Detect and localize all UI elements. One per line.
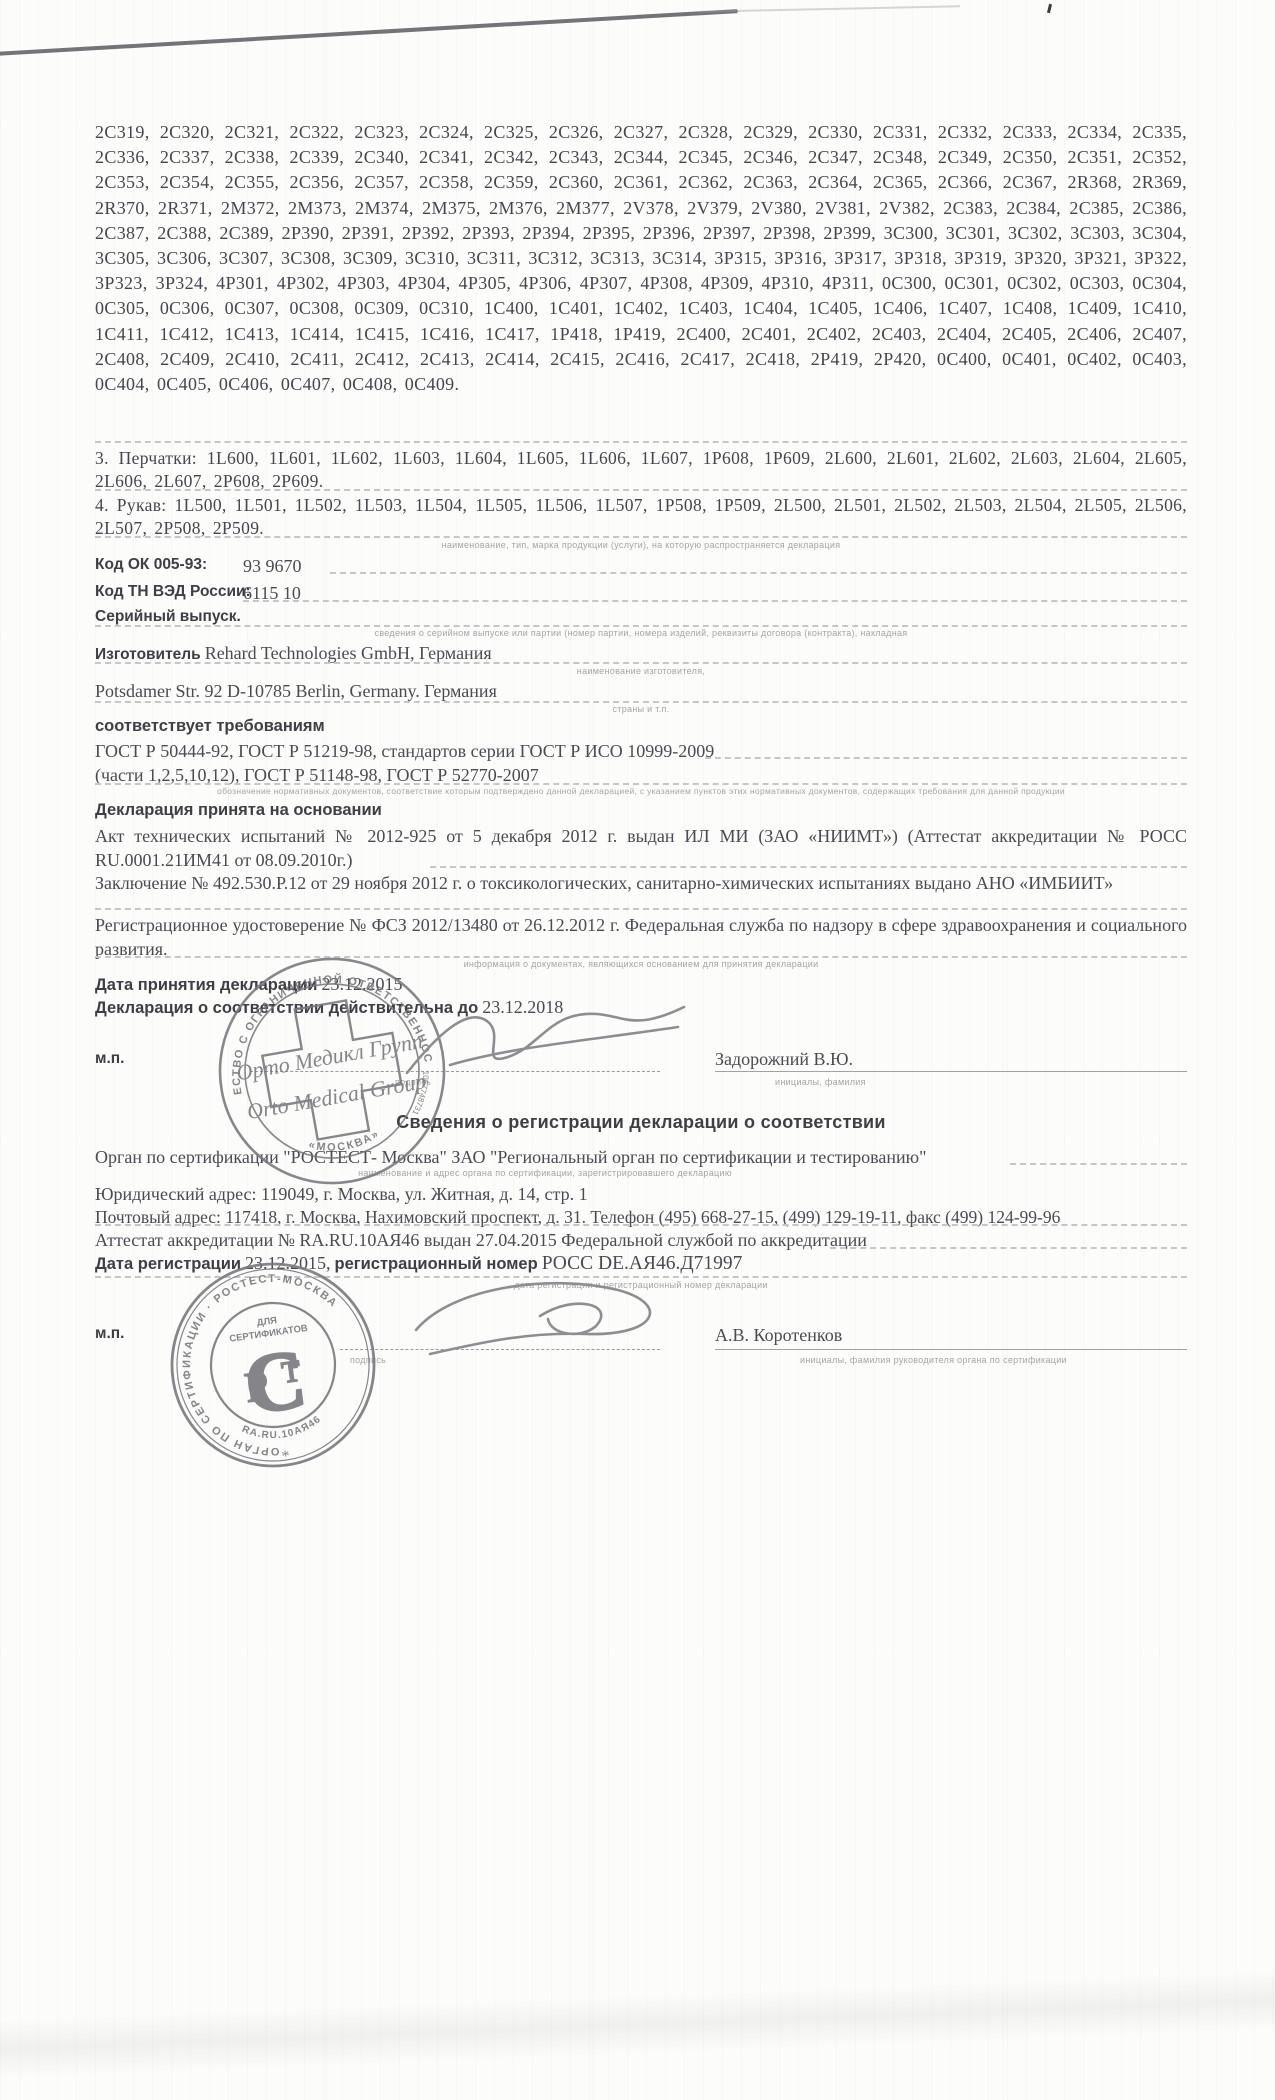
scanned-declaration-page: 2C319, 2C320, 2C321, 2C322, 2C323, 2C324…	[0, 0, 1275, 2100]
field-label-ok: Код ОК 005-93:	[95, 556, 207, 574]
certification-body-line: Орган по сертификации "РОСТЕСТ- Москва" …	[95, 1146, 926, 1170]
scan-tick-mark	[1047, 4, 1052, 13]
serial-issue-label: Серийный выпуск.	[95, 608, 241, 626]
mp-seal-label-1: м.п.	[95, 1050, 124, 1068]
standards-line1: ГОСТ Р 50444-92, ГОСТ Р 51219-98, станда…	[95, 740, 714, 764]
sleeves-list: 4. Рукав: 1L500, 1L501, 1L502, 1L503, 1L…	[95, 494, 1187, 540]
manufacturer-value: Rehard Technologies GmbH, Германия	[205, 643, 492, 663]
registration-number-value: РОСС DE.АЯ46.Д71997	[542, 1253, 743, 1274]
ruling-line	[330, 572, 1187, 574]
ruling-line	[830, 1247, 1187, 1249]
basis-item-3: Регистрационное удостоверение № ФСЗ 2012…	[95, 913, 1187, 961]
signer2-name: А.В. Коротенков	[715, 1324, 842, 1348]
signer2-line	[715, 1349, 1187, 1350]
caption-serial: сведения о серийном выпуске или партии (…	[95, 628, 1187, 638]
field-label-tnved: Код ТН ВЭД России:	[95, 583, 251, 601]
ruling-line	[95, 908, 1187, 910]
conforms-heading: соответствует требованиям	[95, 717, 325, 736]
basis-item-2: Заключение № 492.530.Р.12 от 29 ноября 2…	[95, 871, 1187, 895]
gloves-list: 3. Перчатки: 1L600, 1L601, 1L602, 1L603,…	[95, 447, 1187, 493]
ruling-line	[95, 701, 1187, 703]
manufacturer-address: Potsdamer Str. 92 D-10785 Berlin, German…	[95, 680, 497, 704]
ruling-line	[95, 489, 1187, 491]
signature-2	[398, 1272, 708, 1372]
scan-bottom-shadow	[0, 1970, 1275, 2081]
stamp2-star: *	[281, 1448, 291, 1466]
caption-manufacturer: наименование изготовителя,	[95, 666, 1187, 676]
caption-address: страны и т.п.	[95, 704, 1187, 714]
mp-seal-label-2: м.п.	[95, 1325, 124, 1343]
caption-product: наименование, тип, марка продукции (услу…	[95, 540, 1187, 550]
caption-signer-1: инициалы, фамилия	[775, 1077, 866, 1087]
signer1-name: Задорожний В.Ю.	[715, 1048, 853, 1072]
caption-standards: обозначение нормативных документов, соот…	[95, 786, 1187, 796]
certification-body-stamp: ОРГАН ПО СЕРТИФИКАЦИИ · РОСТЕСТ-МОСКВА R…	[152, 1244, 394, 1486]
manufacturer-label: Изготовитель	[95, 646, 201, 663]
accreditation-line: Аттестат аккредитации № RA.RU.10АЯ46 выд…	[95, 1229, 867, 1253]
signature-1	[392, 985, 692, 1090]
scan-top-edge-faint	[700, 5, 960, 12]
ruling-line	[95, 536, 1187, 538]
ruling-line	[243, 600, 1187, 602]
ruling-line	[705, 757, 1187, 759]
product-codes-paragraph: 2C319, 2C320, 2C321, 2C322, 2C323, 2C324…	[95, 120, 1187, 397]
ruling-line	[95, 625, 1187, 627]
ruling-line	[1010, 1163, 1187, 1165]
rst-logo: С Р Т	[239, 1332, 312, 1433]
ruling-line	[95, 1224, 1187, 1226]
caption-signer-2: инициалы, фамилия руководителя органа по…	[800, 1355, 1067, 1365]
signer1-line	[715, 1071, 1187, 1072]
scan-top-edge	[0, 9, 738, 55]
basis-heading: Декларация принята на основании	[95, 801, 382, 820]
ruling-line	[95, 956, 1187, 958]
ruling-line	[95, 441, 1187, 443]
basis-item-1: Акт технических испытаний № 2012-925 от …	[95, 824, 1187, 872]
ruling-line	[95, 662, 1187, 664]
ruling-line	[95, 783, 1187, 785]
ruling-line	[430, 866, 1187, 868]
field-value-ok: 93 9670	[243, 555, 302, 579]
